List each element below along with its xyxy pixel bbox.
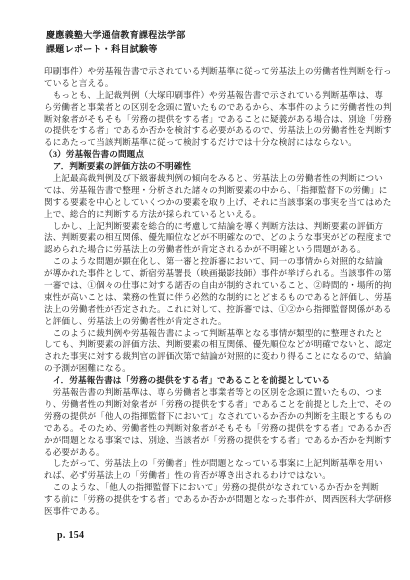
text-line: 関する要素を中心としていくつかの要素を取り上げ、それに当該事案の事実を当てはめた <box>44 197 378 209</box>
text-line: の提供をする者」であるか否かを検討する必要があるので、労基法上の労働者性を判断す <box>44 125 378 137</box>
heading-line: （3）労基報告書の問題点 <box>44 149 378 161</box>
text-line: 労務の提供が「他人の指揮監督下において」なされているか否かの判断を主眼とするもの <box>44 411 378 423</box>
text-line: る必要がある。 <box>44 447 378 459</box>
text-line: 労基報告書の判断基準は、専ら労働者と事業者等との区別を念頭に置いたもの、つま <box>44 387 378 399</box>
header-university-line: 慶應義塾大学通信教育課程法学部 <box>46 29 186 43</box>
text-line: このような問題が顕在化し、第一審と控訴審において、同一の事情から対照的な結論 <box>44 256 378 268</box>
text-line: このように裁判例や労基報告書によって判断基準となる事情が類型的に整理されたと <box>44 328 378 340</box>
text-line: るにあたって当該判断基準に従って検討するだけでは十分な検討にはならない。 <box>44 137 378 149</box>
text-line: である。そのため、労働者性の判断対象者がそもそも「労務の提供をする者」であるか否 <box>44 423 378 435</box>
text-line: 一審では、①個々の仕事に対する諾否の自由が制約されていること、②時間的・場所的拘 <box>44 280 378 292</box>
text-line: 束性が高いことは、業務の性質に伴う必然的な制約にとどまるものであると評価し、労基 <box>44 292 378 304</box>
text-line: 上で、総合的に判断する方法が採られているといえる。 <box>44 209 378 221</box>
text-line: もっとも、上記裁判例（大塚印刷事件）や労基報告書で示されている判断基準は、専 <box>44 90 378 102</box>
text-line: ら労働者と事業者との区別を念頭に置いたものであるから、本事件のように労働者性の判 <box>44 102 378 114</box>
text-line: の予測が困難になる。 <box>44 363 378 375</box>
text-line: したがって、労基法上の「労働者」性が問題となっている事案に上記判断基準を用い <box>44 458 378 470</box>
text-line: しかし、上記判断要素を総合的に考慮して結論を導く判断方法は、判断要素の評価方 <box>44 221 378 233</box>
document-body: 印刷事件）や労基報告書で示されている判断基準に従って労基法上の労働者性判断を行っ… <box>44 66 378 518</box>
document-header: 慶應義塾大学通信教育課程法学部 課題レポート・科目試験等 <box>46 29 186 56</box>
text-line: しても、判断要素の評価方法、判断要素の相互関係、優先順位などが明確でないと、認定 <box>44 339 378 351</box>
text-line: 断対象者がそもそも「労務の提供をする者」であることに疑義がある場合は、別途「労務 <box>44 114 378 126</box>
text-line: された事実に対する裁判官の評価次第で結論が対照的に変わり得ることになるので、結論 <box>44 351 378 363</box>
text-line: 認められた場合に労基法上の労働者性が肯定されるかが不明確という問題がある。 <box>44 244 378 256</box>
text-line: ては、労基報告書で整理・分析された諸々の判断要素の中から、「指揮監督下の労働」に <box>44 185 378 197</box>
page-number: p. 154 <box>57 530 84 541</box>
text-line: かが問題となる事案では、別途、当該者が「労務の提供をする者」であるか否かを判断す <box>44 435 378 447</box>
text-line: が導かれた事件として、新宿労基署長（映画撮影技師）事件が挙げられる。当該事件の第 <box>44 268 378 280</box>
heading-line: ア．判断要素の評価方法の不明確性 <box>44 161 378 173</box>
text-line: れば、必ず労基法上の「労働者」性の肯否が導き出されるわけではない。 <box>44 470 378 482</box>
text-line: 法上の労働者性が否定された。これに対して、控訴審では、①②から指揮監督関係がある <box>44 304 378 316</box>
text-line: 上記最高裁判例及び下級審裁判例の傾向をみると、労基法上の労働者性の判断につい <box>44 173 378 185</box>
text-line: 医事件である。 <box>44 506 378 518</box>
text-line: 印刷事件）や労基報告書で示されている判断基準に従って労基法上の労働者性判断を行っ <box>44 66 378 78</box>
text-line: ていると言える。 <box>44 78 378 90</box>
text-line: する前に「労務の提供をする者」であるか否かが問題となった事件が、関西医科大学研修 <box>44 494 378 506</box>
text-line: 法、判断要素の相互関係、優先順位などが不明確なので、どのような事実がどの程度まで <box>44 232 378 244</box>
text-line: このような、「他人の指揮監督下において」労務の提供がなされているか否かを判断 <box>44 482 378 494</box>
header-course-line: 課題レポート・科目試験等 <box>46 43 186 57</box>
heading-line: イ．労基報告書は「労務の提供をする者」であることを前提としている <box>44 375 378 387</box>
text-line: り、労働者性の判断対象者が「労務の提供をする者」であることを前提とした上で、その <box>44 399 378 411</box>
text-line: と評価し、労基法上の労働者性が肯定された。 <box>44 316 378 328</box>
document-page: 慶應義塾大学通信教育課程法学部 課題レポート・科目試験等 印刷事件）や労基報告書… <box>0 0 410 580</box>
